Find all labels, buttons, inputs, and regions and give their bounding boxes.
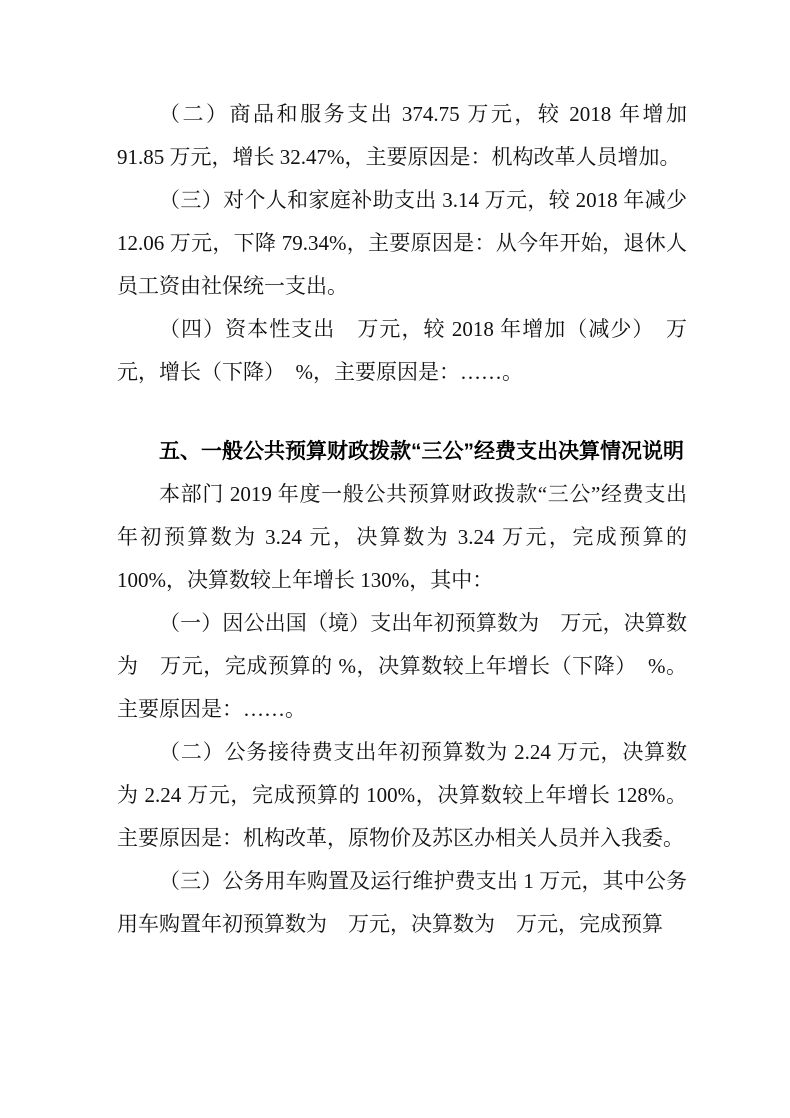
paragraph-goods-and-services-expenditure: （二）商品和服务支出 374.75 万元，较 2018 年增加 91.85 万元… xyxy=(117,93,687,179)
paragraph-individual-family-subsidy: （三）对个人和家庭补助支出 3.14 万元，较 2018 年减少 12.06 万… xyxy=(117,179,687,308)
paragraph-overseas-trips-expenditure: （一）因公出国（境）支出年初预算数为 万元，决算数为 万元，完成预算的 %，决算… xyxy=(117,602,687,731)
document-text-block: （二）商品和服务支出 374.75 万元，较 2018 年增加 91.85 万元… xyxy=(117,93,687,946)
document-page: （二）商品和服务支出 374.75 万元，较 2018 年增加 91.85 万元… xyxy=(0,0,790,1118)
paragraph-official-vehicle-expenditure: （三）公务用车购置及运行维护费支出 1 万元，其中公务用车购置年初预算数为 万元… xyxy=(117,860,687,946)
section-heading-three-public-funds: 五、一般公共预算财政拨款“三公”经费支出决算情况说明 xyxy=(117,430,687,473)
paragraph-official-reception-expenditure: （二）公务接待费支出年初预算数为 2.24 万元，决算数为 2.24 万元，完成… xyxy=(117,731,687,860)
paragraph-capital-expenditure: （四）资本性支出 万元，较 2018 年增加（减少） 万元，增长（下降） %，主… xyxy=(117,308,687,394)
paragraph-three-public-funds-intro: 本部门 2019 年度一般公共预算财政拨款“三公”经费支出年初预算数为 3.24… xyxy=(117,473,687,602)
